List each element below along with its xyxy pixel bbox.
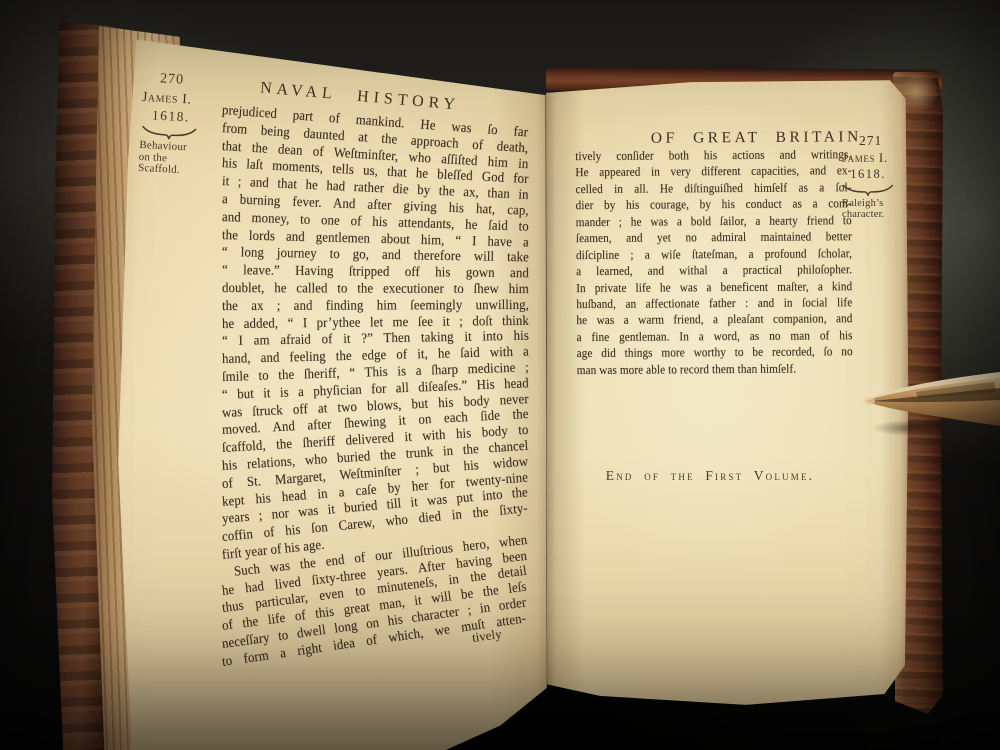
text-line: mander ; he was a bold ſailor, a hearty …: [576, 212, 852, 230]
text-line: a learned, and withal a practical philoſ…: [576, 261, 852, 279]
margin-caption: Behaviouron theScaffold.: [138, 140, 220, 179]
text-line: ſeamen, and yet no admiral maintained be…: [576, 228, 852, 246]
text-line: doublet, he called to the executioner to…: [222, 279, 529, 298]
photo-scene: 270 NAVAL HISTORY James I. 1618. Behavio…: [0, 0, 1000, 750]
text-line: tively conſider both his actions and wri…: [575, 146, 851, 164]
text-line: celled in all. He diſtinguiſhed himſelf …: [575, 179, 851, 197]
text-line: huſband, an affectionate father : and in…: [576, 294, 852, 312]
letter-opener: [856, 358, 1000, 438]
text-line: a fine gentleman. In a word, as no man o…: [576, 327, 852, 345]
letter-opener-blade: [856, 358, 1000, 438]
margin-year: 1618.: [141, 107, 202, 126]
text-line: In private life he was a beneficent maſt…: [576, 278, 852, 296]
left-margin-note: James I. 1618. Behaviouron theScaffold.: [138, 90, 222, 179]
right-page-text: tively conſider both his actions and wri…: [575, 146, 882, 378]
text-line: man was more able to record them than hi…: [577, 360, 853, 378]
left-page-text: prejudiced part of mankind. He was ſo fa…: [222, 101, 552, 671]
volume-end-note: End of the First Volume.: [600, 468, 820, 484]
left-page: 270 NAVAL HISTORY James I. 1618. Behavio…: [100, 28, 555, 750]
text-line: He appeared in very different capacities…: [575, 163, 851, 181]
text-line: he was a warm friend, a pleaſant compani…: [576, 311, 852, 329]
text-line: diſcipline ; a wiſe ſtateſman, a profoun…: [576, 245, 852, 263]
left-page-number: 270: [160, 71, 185, 88]
text-line: age did things more worthy to be recorde…: [577, 343, 853, 361]
text-line: dier by his courage, by his conduct as a…: [576, 195, 852, 213]
